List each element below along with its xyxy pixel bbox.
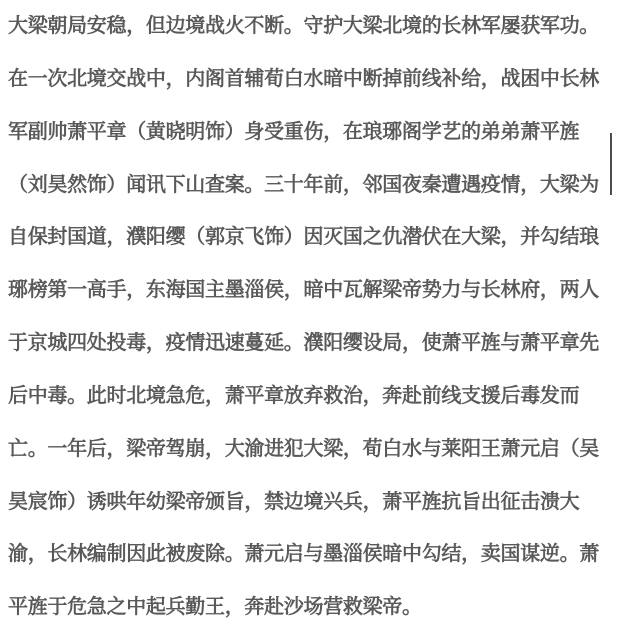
article-text: 大梁朝局安稳，但边境战火不断。守护大梁北境的长林军屡获军功。 在一次北境交战中，… xyxy=(8,0,614,629)
text-line: 后中毒。此时北境急危，萧平章放弃救治，奔赴前线支援后毒发而 xyxy=(8,370,614,423)
text-line: 渝，长林编制因此被废除。萧元启与墨淄侯暗中勾结，卖国谋逆。萧 xyxy=(8,528,614,581)
text-line: （刘昊然饰）闻讯下山查案。三十年前，邻国夜秦遭遇疫情，大梁为 xyxy=(8,159,614,212)
text-line: 平旌于危急之中起兵勤王，奔赴沙场营救梁帝。 xyxy=(8,581,614,629)
text-line: 琊榜第一高手，东海国主墨淄侯，暗中瓦解梁帝势力与长林府，两人 xyxy=(8,264,614,317)
text-line: 自保封国道，濮阳缨（郭京飞饰）因灭国之仇潜伏在大梁，并勾结琅 xyxy=(8,211,614,264)
text-cursor xyxy=(610,133,612,195)
text-line: 亡。一年后，梁帝驾崩，大渝进犯大梁，荀白水与莱阳王萧元启（吴 xyxy=(8,423,614,476)
text-line: 大梁朝局安稳，但边境战火不断。守护大梁北境的长林军屡获军功。 xyxy=(8,0,614,53)
text-line: 于京城四处投毒，疫情迅速蔓延。濮阳缨设局，使萧平旌与萧平章先 xyxy=(8,317,614,370)
text-line: 昊宸饰）诱哄年幼梁帝颁旨，禁边境兴兵，萧平旌抗旨出征击溃大 xyxy=(8,476,614,529)
text-line: 在一次北境交战中，内阁首辅荀白水暗中断掉前线补给，战困中长林 xyxy=(8,53,614,106)
text-line: 军副帅萧平章（黄晓明饰）身受重伤，在琅琊阁学艺的弟弟萧平旌 xyxy=(8,106,614,159)
